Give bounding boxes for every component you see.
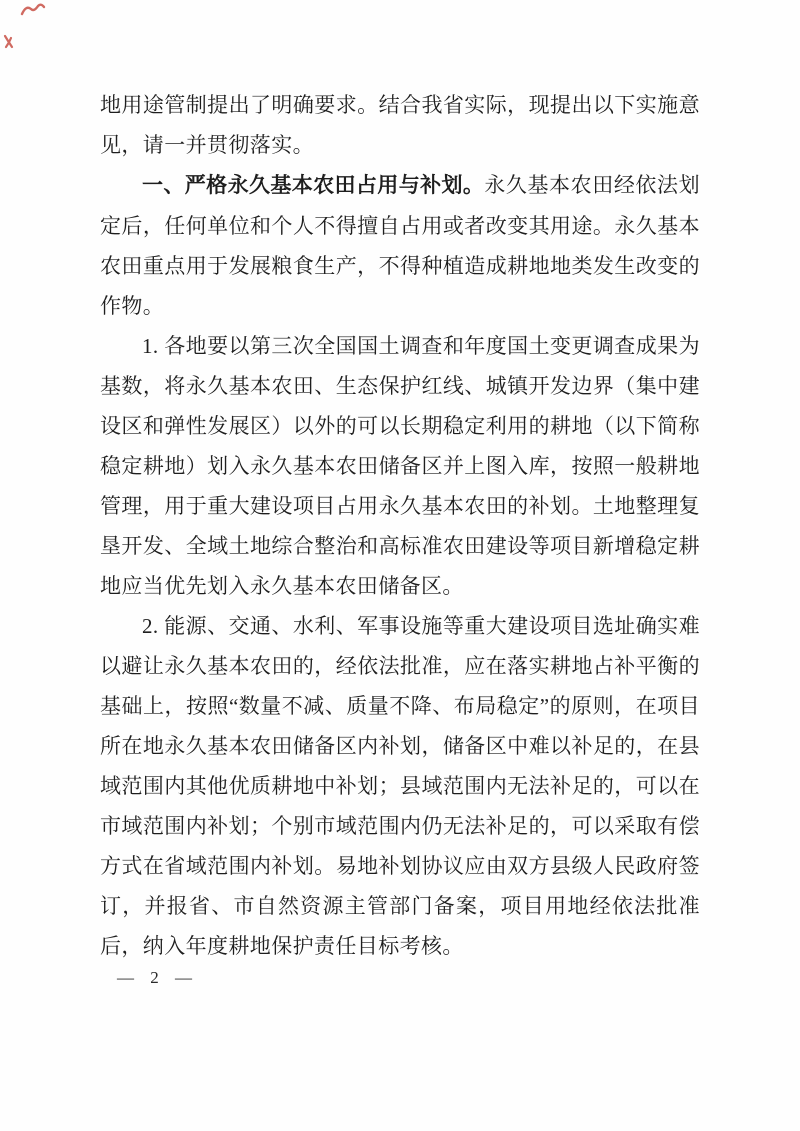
- paragraph-continuation: 地用途管制提出了明确要求。结合我省实际，现提出以下实施意见，请一并贯彻落实。: [100, 85, 700, 165]
- paragraph-item-1: 1. 各地要以第三次全国国土调查和年度国土变更调查成果为基数，将永久基本农田、生…: [100, 326, 700, 606]
- page-number: — 2 —: [117, 968, 198, 988]
- document-page: 地用途管制提出了明确要求。结合我省实际，现提出以下实施意见，请一并贯彻落实。 一…: [0, 0, 800, 1131]
- paragraph-item-2: 2. 能源、交通、水利、军事设施等重大建设项目选址确实难以避让永久基本农田的，经…: [100, 606, 700, 966]
- section-1-heading: 一、严格永久基本农田占用与补划。: [142, 174, 484, 197]
- red-ink-mark-icon: [20, 2, 46, 25]
- document-body: 地用途管制提出了明确要求。结合我省实际，现提出以下实施意见，请一并贯彻落实。 一…: [100, 85, 700, 966]
- red-ink-mark-icon: [2, 34, 16, 55]
- paragraph-section-1: 一、严格永久基本农田占用与补划。永久基本农田经依法划定后，任何单位和个人不得擅自…: [100, 165, 700, 326]
